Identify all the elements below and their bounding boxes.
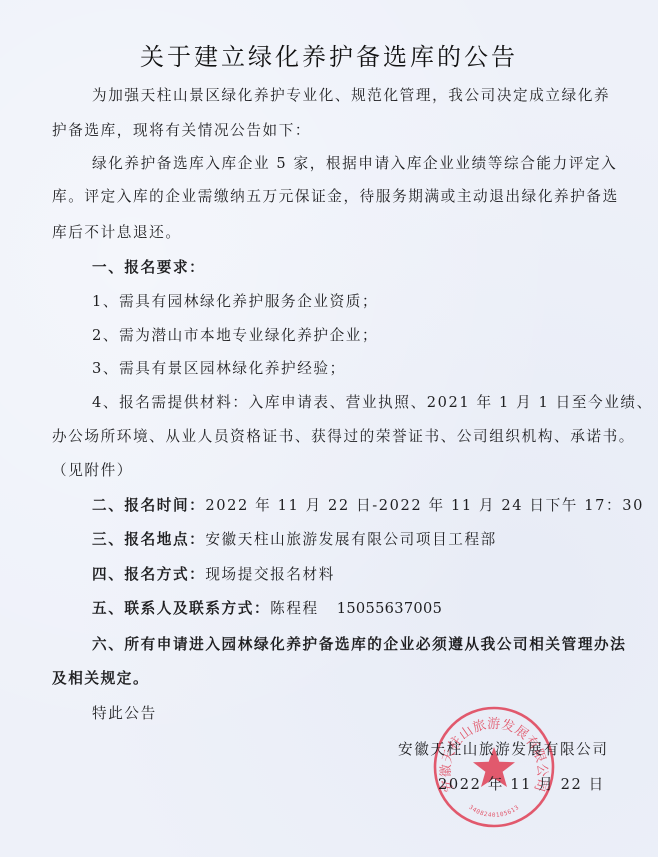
- intro-line-2: 护备选库，现将有关情况公告如下：: [52, 121, 612, 141]
- section-contact: 五、联系人及联系方式：陈程程15055637005: [92, 599, 652, 619]
- overview-line-2: 库。评定入库的企业需缴纳五万元保证金，待服务期满或主动退出绿化养护备选: [52, 187, 612, 207]
- requirement-item: 3、需具有景区园林绿化养护经验；: [92, 359, 652, 379]
- materials-line-3: （见附件）: [52, 461, 612, 481]
- registration-method-value: 现场提交报名材料: [205, 566, 335, 583]
- signature-date: 2022 年 11 月 22 日: [438, 775, 605, 795]
- section-method: 四、报名方式：现场提交报名材料: [92, 565, 652, 585]
- official-seal-stamp: 安徽天柱山旅游发展有限公司 3408240105613: [432, 705, 556, 829]
- requirement-item: 2、需为潜山市本地专业绿化养护企业；: [92, 326, 652, 346]
- section-heading-requirements: 一、报名要求：: [92, 258, 652, 278]
- closing-text: 特此公告: [92, 704, 652, 724]
- section-location: 三、报名地点：安徽天柱山旅游发展有限公司项目工程部: [92, 530, 652, 550]
- section-time: 二、报名时间：2022 年 11 月 22 日-2022 年 11 月 24 日…: [92, 496, 652, 516]
- intro-line-1: 为加强天柱山景区绿化养护专业化、规范化管理，我公司决定成立绿化养: [92, 86, 652, 106]
- compliance-line-2: 及相关规定。: [52, 669, 612, 689]
- requirement-item: 1、需具有园林绿化养护服务企业资质；: [92, 292, 652, 312]
- compliance-line-1: 六、所有申请进入园林绿化养护备选库的企业必须遵从我公司相关管理办法: [92, 635, 652, 655]
- section-heading-time: 二、报名时间：: [92, 497, 205, 514]
- overview-line-3: 库后不计息退还。: [52, 223, 612, 243]
- document-page: 关于建立绿化养护备选库的公告 为加强天柱山景区绿化养护专业化、规范化管理，我公司…: [0, 0, 658, 857]
- overview-line-1: 绿化养护备选库入库企业 5 家，根据申请入库企业业绩等综合能力评定入: [92, 154, 652, 174]
- stamp-code: 3408240105613: [467, 804, 520, 819]
- signature-company: 安徽天柱山旅游发展有限公司: [398, 740, 609, 760]
- section-heading-method: 四、报名方式：: [92, 566, 205, 583]
- materials-line-2: 办公场所环境、从业人员资格证书、获得过的荣誉证书、公司组织机构、承诺书。: [52, 427, 612, 447]
- section-heading-contact: 五、联系人及联系方式：: [92, 600, 270, 617]
- contact-name: 陈程程: [270, 600, 319, 617]
- registration-time-value: 2022 年 11 月 22 日-2022 年 11 月 24 日下午 17：3…: [205, 497, 644, 514]
- section-heading-location: 三、报名地点：: [92, 531, 205, 548]
- materials-line-1: 4、报名需提供材料：入库申请表、营业执照、2021 年 1 月 1 日至今业绩、: [92, 393, 652, 413]
- registration-location-value: 安徽天柱山旅游发展有限公司项目工程部: [205, 531, 497, 548]
- page-title: 关于建立绿化养护备选库的公告: [0, 42, 658, 72]
- contact-phone: 15055637005: [337, 600, 442, 617]
